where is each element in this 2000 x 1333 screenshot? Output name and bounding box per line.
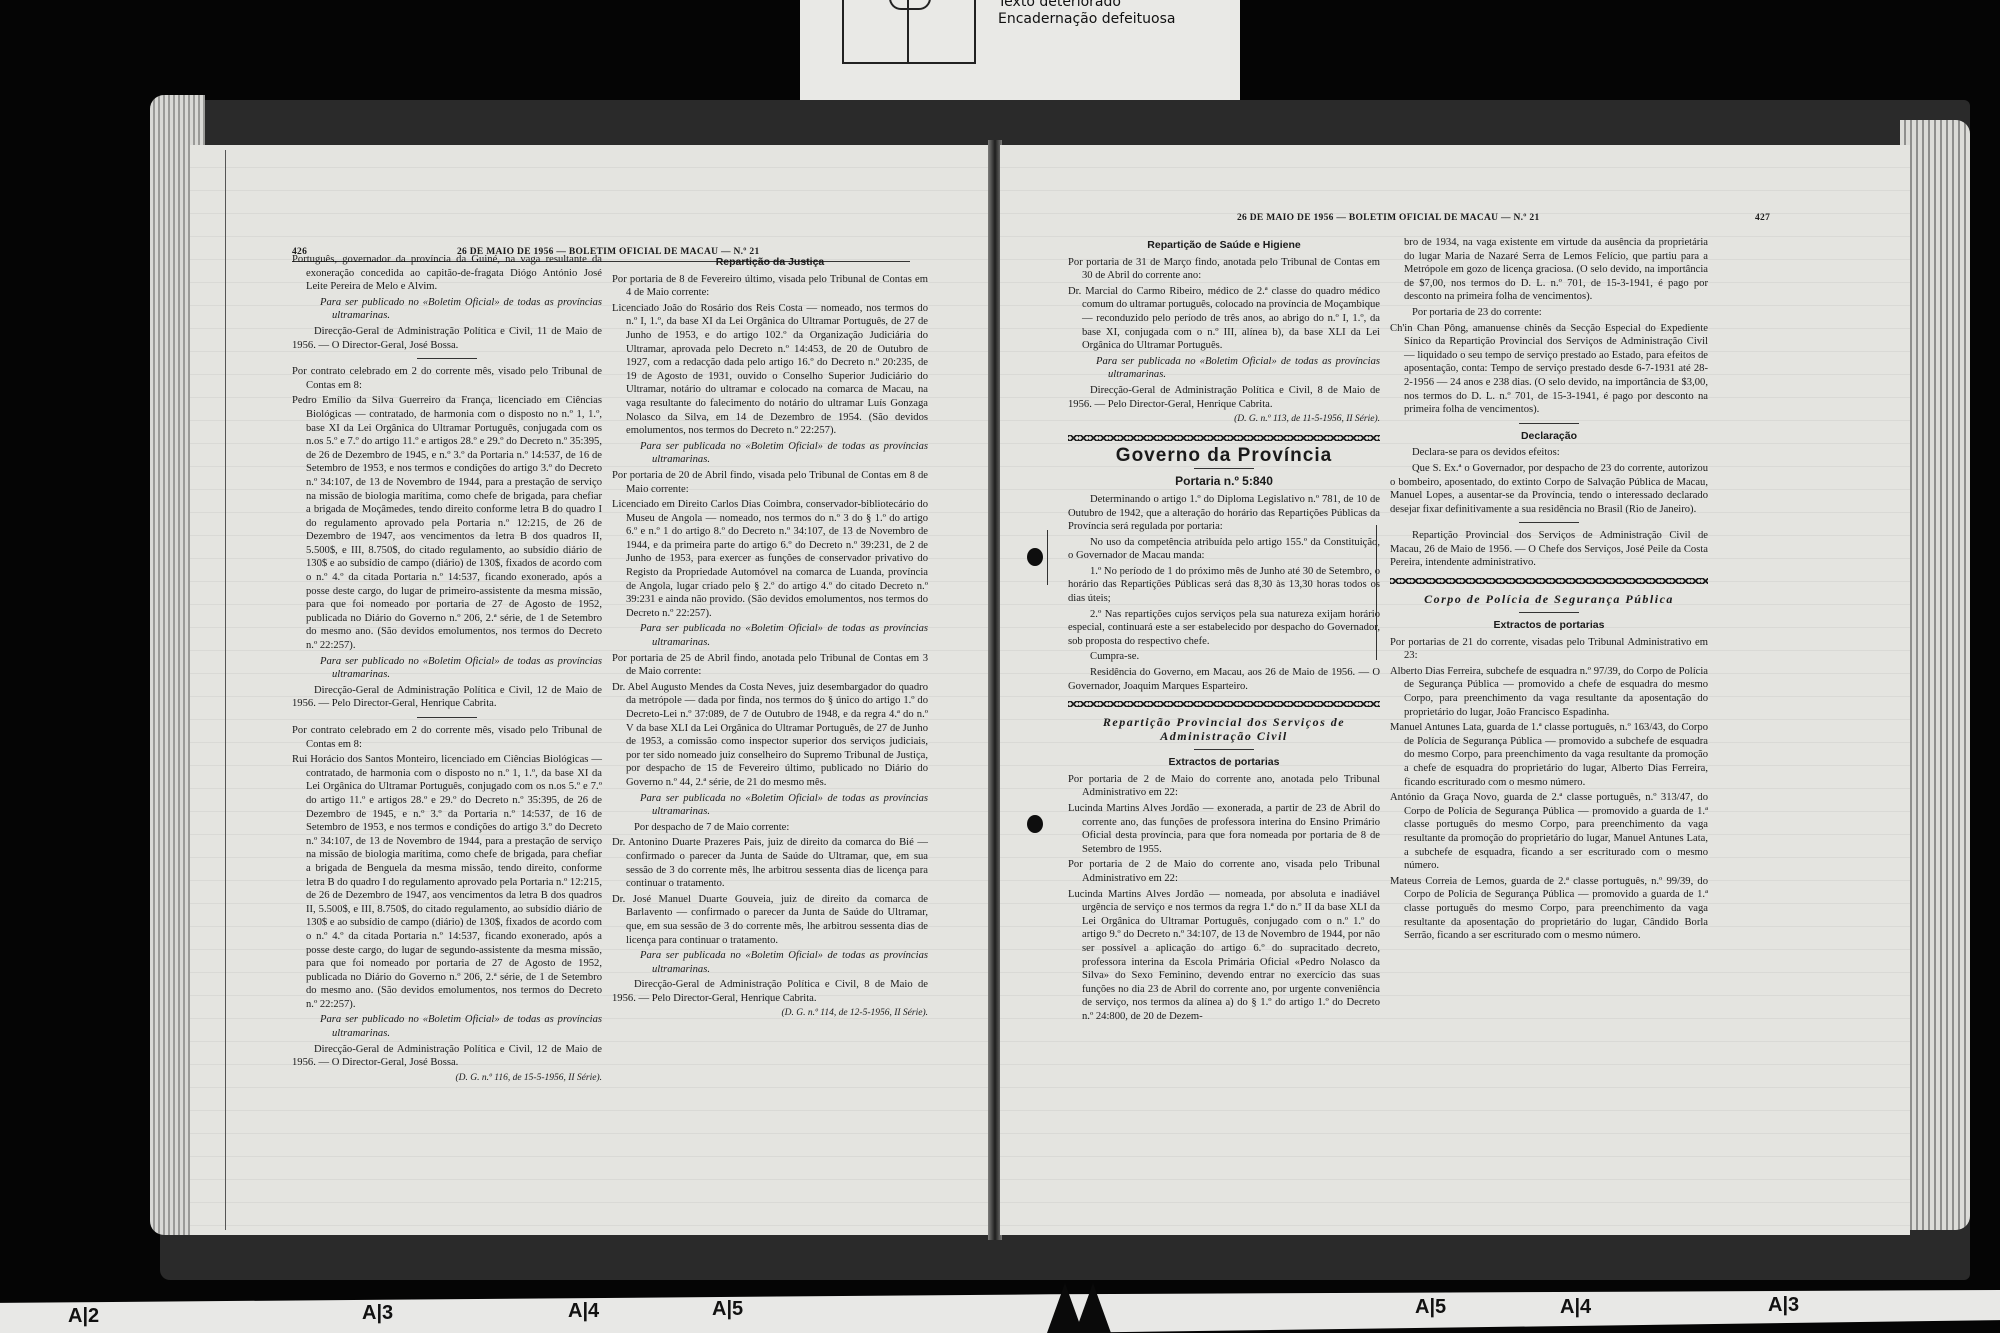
paragraph: Por contrato celebrado em 2 do corrente …: [292, 365, 602, 392]
signature: Direcção-Geral de Administração Política…: [292, 1043, 602, 1070]
divider: [1519, 612, 1579, 613]
signature: Direcção-Geral de Administração Política…: [612, 978, 928, 1005]
margin-mark: [1047, 530, 1048, 585]
film-frame-marker: A|3: [362, 1302, 393, 1325]
publication-note: Para ser publicada no «Boletim Oficial» …: [612, 949, 928, 976]
paragraph: Licenciado em Direito Carlos Dias Coimbr…: [612, 498, 928, 620]
divider: [1194, 468, 1254, 469]
publication-note: Para ser publicada no «Boletim Oficial» …: [612, 440, 928, 467]
paragraph: António da Graça Novo, guarda de 2.ª cla…: [1390, 791, 1708, 873]
gazette-reference: (D. G. n.º 116, de 15-5-1956, II Série).: [292, 1072, 602, 1086]
publication-note: Para ser publicada no «Boletim Oficial» …: [612, 622, 928, 649]
signature: Direcção-Geral de Administração Política…: [292, 684, 602, 711]
portaria-heading: Portaria n.º 5:840: [1068, 475, 1380, 489]
gazette-reference: (D. G. n.º 113, de 11-5-1956, II Série).: [1068, 413, 1380, 427]
paragraph: Alberto Dias Ferreira, subchefe de esqua…: [1390, 665, 1708, 719]
paragraph: Por portaria de 8 de Fevereiro último, v…: [612, 273, 928, 300]
paragraph: Pedro Emílio da Silva Guerreiro da Franç…: [292, 394, 602, 652]
right-head-title: 26 DE MAIO DE 1956 — BOLETIM OFICIAL DE …: [1237, 213, 1540, 223]
paragraph: Que S. Ex.ª o Governador, por despacho d…: [1390, 462, 1708, 516]
divider: [1194, 749, 1254, 750]
right-page-number: 427: [1755, 213, 1770, 223]
paragraph: No uso da competência atribuída pelo art…: [1068, 536, 1380, 563]
paragraph: Manuel Antunes Lata, guarda de 1.ª class…: [1390, 721, 1708, 789]
paragraph: Por despacho de 7 de Maio corrente:: [612, 821, 928, 835]
paragraph: Dr. Marcial do Carmo Ribeiro, médico de …: [1068, 285, 1380, 353]
paragraph: Licenciado João do Rosário dos Reis Cost…: [612, 302, 928, 438]
signature: Repartição Provincial dos Serviços de Ad…: [1390, 529, 1708, 570]
paragraph: Rui Horácio dos Santos Monteiro, licenci…: [292, 753, 602, 1011]
damaged-binding-icon: [842, 0, 976, 64]
paragraph: Dr. Antonino Duarte Prazeres Pais, juiz …: [612, 836, 928, 890]
paragraph: Determinando o artigo 1.º do Diploma Leg…: [1068, 493, 1380, 534]
divider: [1519, 522, 1579, 523]
paragraph: Dr. José Manuel Duarte Gouveia, juiz de …: [612, 893, 928, 947]
publication-note: Para ser publicado no «Boletim Oficial» …: [292, 655, 602, 682]
condition-label-card: Texto deteriorado Encadernação defeituos…: [800, 0, 1240, 115]
paragraph: Mateus Correia de Lemos, guarda de 2.ª c…: [1390, 875, 1708, 943]
governo-heading: Governo da Província: [1068, 449, 1380, 463]
condition-notes: Texto deteriorado Encadernação defeituos…: [998, 0, 1175, 28]
publication-note: Para ser publicado no «Boletim Oficial» …: [292, 1013, 602, 1040]
section-heading: Repartição da Justiça: [612, 256, 928, 270]
signature: Direcção-Geral de Administração Política…: [1068, 384, 1380, 411]
film-frame-marker: A|2: [68, 1305, 99, 1328]
paragraph: Por portaria de 20 de Abril findo, visad…: [612, 469, 928, 496]
extractos-heading: Extractos de portarias: [1390, 619, 1708, 633]
paragraph: Português, governador da província da Gu…: [292, 253, 602, 294]
paragraph: Dr. Abel Augusto Mendes da Costa Neves, …: [612, 681, 928, 790]
note-deteriorated-text: Texto deteriorado: [998, 0, 1175, 11]
declaracao-heading: Declaração: [1390, 430, 1708, 444]
film-frame-marker: A|4: [1560, 1296, 1591, 1319]
film-frame-marker: A|3: [1768, 1294, 1799, 1317]
paragraph: Lucinda Martins Alves Jordão — exonerada…: [1068, 802, 1380, 856]
signature: Residência do Governo, em Macau, aos 26 …: [1068, 666, 1380, 693]
gazette-reference: (D. G. n.º 114, de 12-5-1956, II Série).: [612, 1007, 928, 1021]
right-col-2: bro de 1934, na vaga existente em virtud…: [1390, 236, 1708, 945]
section-heading: Repartição de Saúde e Higiene: [1068, 239, 1380, 253]
paragraph: bro de 1934, na vaga existente em virtud…: [1390, 236, 1708, 304]
paragraph: Por portaria de 2 de Maio do corrente an…: [1068, 773, 1380, 800]
publication-note: Para ser publicada no «Boletim Oficial» …: [612, 792, 928, 819]
paragraph: Cumpra-se.: [1068, 650, 1380, 664]
divider: [1519, 423, 1579, 424]
punch-hole: [1027, 548, 1043, 566]
divider: [417, 358, 477, 359]
paragraph: 1.º No período de 1 do próximo mês de Ju…: [1068, 565, 1380, 606]
paragraph: Por portarias de 21 do corrente, visadas…: [1390, 636, 1708, 663]
paragraph: Ch'in Chan Pông, amanuense chinês da Sec…: [1390, 322, 1708, 417]
publication-note: Para ser publicada no «Boletim Oficial» …: [1068, 355, 1380, 382]
page-stack-right: [1900, 120, 1970, 1230]
paragraph: Por portaria de 23 do corrente:: [1390, 306, 1708, 320]
film-edge-strip: [0, 1290, 2000, 1333]
paragraph: Por contrato celebrado em 2 do corrente …: [292, 724, 602, 751]
left-col-1: Português, governador da província da Gu…: [292, 253, 602, 1087]
left-page-margin-rule: [225, 150, 226, 1230]
film-frame-marker: A|5: [712, 1298, 743, 1321]
paragraph: Lucinda Martins Alves Jordão — nomeada, …: [1068, 888, 1380, 1024]
paragraph: Por portaria de 2 de Maio do corrente an…: [1068, 858, 1380, 885]
extractos-heading: Extractos de portarias: [1068, 756, 1380, 770]
signature: Direcção-Geral de Administração Política…: [292, 325, 602, 352]
repartição-heading: Repartição Provincial dos Serviços de Ad…: [1068, 715, 1380, 743]
right-col-1: Repartição de Saúde e Higiene Por portar…: [1068, 236, 1380, 1026]
note-defective-binding: Encadernação defeituosa: [998, 11, 1175, 28]
ornamental-divider: [1068, 435, 1380, 441]
punch-hole: [1027, 815, 1043, 833]
ornamental-divider: [1068, 701, 1380, 707]
ornamental-divider: [1390, 578, 1708, 584]
paragraph: 2.º Nas repartições cujos serviços pela …: [1068, 608, 1380, 649]
paragraph: Por portaria de 31 de Março findo, anota…: [1068, 256, 1380, 283]
paragraph: Por portaria de 25 de Abril findo, anota…: [612, 652, 928, 679]
margin-mark: [1376, 525, 1377, 660]
paragraph: Declara-se para os devidos efeitos:: [1390, 446, 1708, 460]
publication-note: Para ser publicado no «Boletim Oficial» …: [292, 296, 602, 323]
film-frame-marker: A|5: [1415, 1296, 1446, 1319]
left-col-2: Repartição da Justiça Por portaria de 8 …: [612, 253, 928, 1023]
film-frame-marker: A|4: [568, 1300, 599, 1323]
corpo-policia-heading: Corpo de Polícia de Segurança Pública: [1390, 592, 1708, 606]
center-registration-mark: [1075, 1283, 1111, 1333]
divider: [417, 717, 477, 718]
